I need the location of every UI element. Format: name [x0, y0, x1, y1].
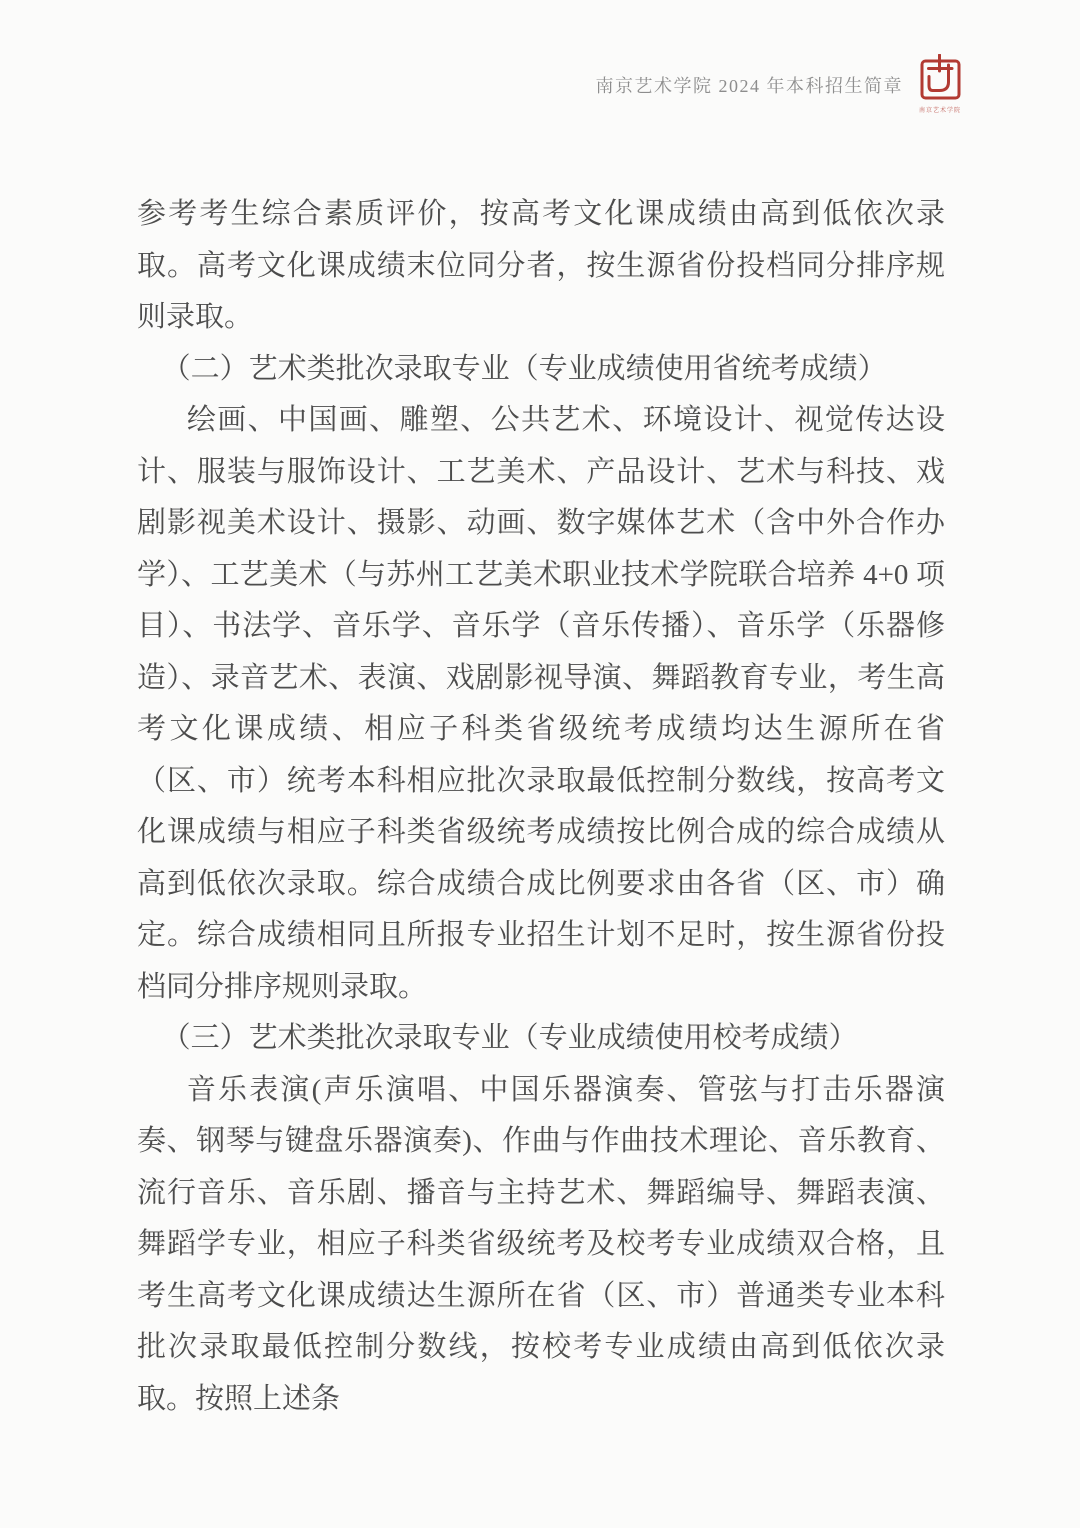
page-header-title: 南京艺术学院 2024 年本科招生简章: [596, 72, 904, 98]
paragraph-section-heading-3: （三）艺术类批次录取专业（专业成绩使用校考成绩）: [137, 1013, 945, 1065]
university-seal-logo: 南京艺术学院: [916, 54, 964, 115]
seal-caption: 南京艺术学院: [919, 108, 961, 115]
paragraph-section-heading-2: （二）艺术类批次录取专业（专业成绩使用省统考成绩）: [137, 344, 945, 396]
paragraph-section-2-body: 绘画、中国画、雕塑、公共艺术、环境设计、视觉传达设计、服装与服饰设计、工艺美术、…: [137, 395, 945, 1013]
paragraph-section-3-body: 音乐表演(声乐演唱、中国乐器演奏、管弦与打击乐器演奏、钢琴与键盘乐器演奏)、作曲…: [137, 1065, 945, 1426]
university-seal-icon: [918, 54, 962, 107]
document-page: 南京艺术学院 2024 年本科招生简章 南京艺术学院 参考考生综合素质评价，按高…: [0, 0, 1080, 1528]
paragraph-continuation: 参考考生综合素质评价，按高考文化课成绩由高到低依次录取。高考文化课成绩末位同分者…: [137, 189, 945, 344]
page-header: 南京艺术学院 2024 年本科招生简章 南京艺术学院: [596, 54, 965, 115]
document-body: 参考考生综合素质评价，按高考文化课成绩由高到低依次录取。高考文化课成绩末位同分者…: [137, 189, 945, 1425]
